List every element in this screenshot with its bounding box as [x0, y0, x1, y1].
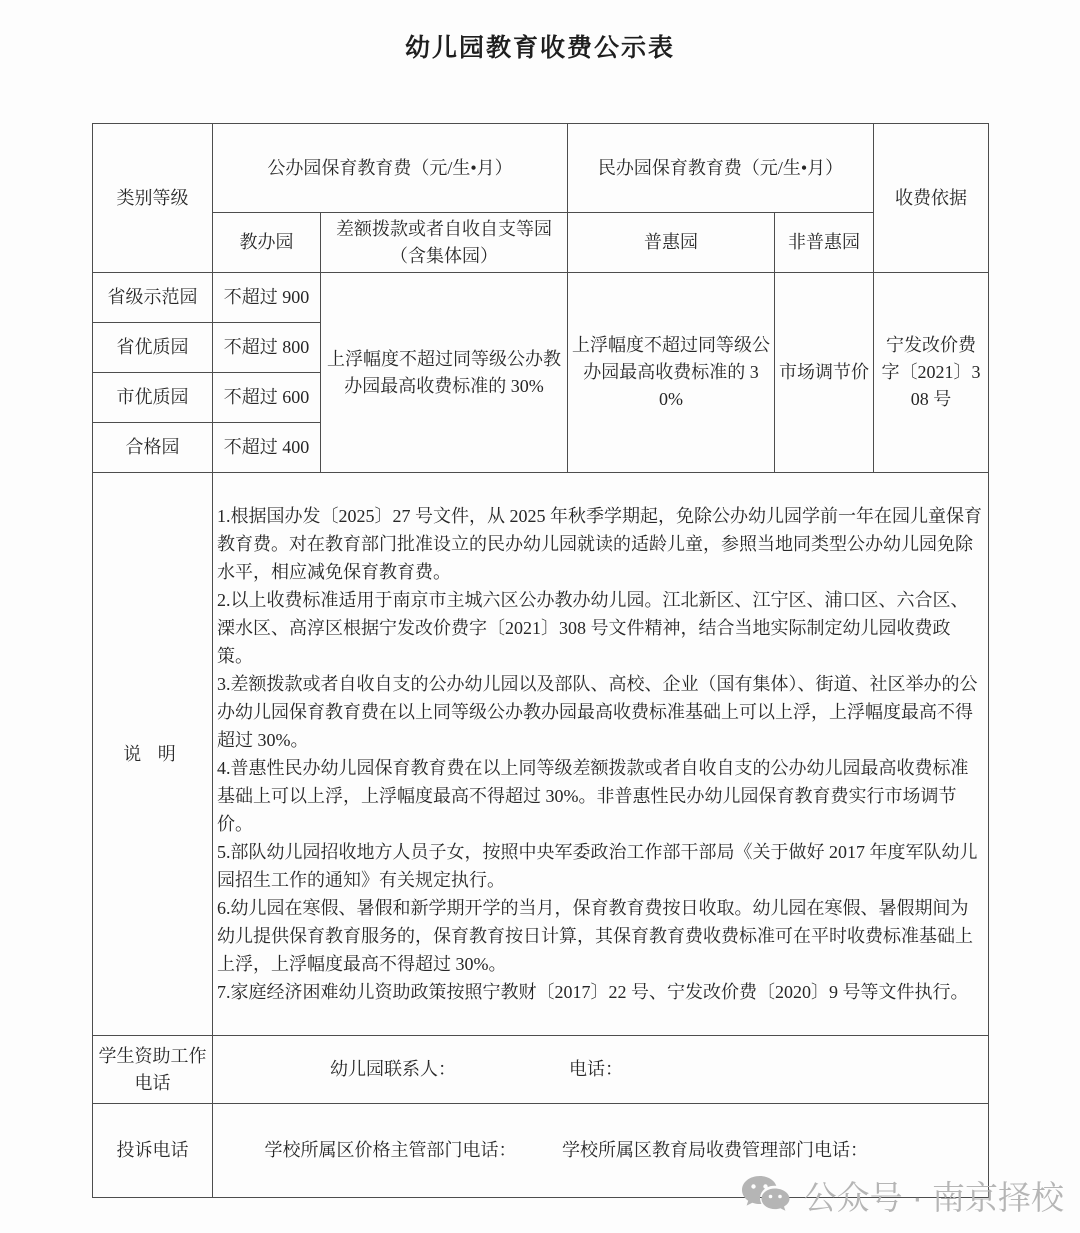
header-row-1: 类别等级 公办园保育教育费（元/生•月） 民办园保育教育费（元/生•月） 收费依…	[93, 124, 989, 213]
note-item-5: 5.部队幼儿园招收地方人员子女，按照中央军委政治工作部干部局《关于做好 2017…	[217, 838, 984, 894]
header-public-sub-1: 教办园	[213, 213, 321, 273]
document-page: 幼儿园教育收费公示表 类别等级 公办园保育教育费（元/生•月） 民办园保育教育费…	[0, 0, 1080, 1233]
fee-publicity-table: 类别等级 公办园保育教育费（元/生•月） 民办园保育教育费（元/生•月） 收费依…	[92, 123, 989, 1198]
complaint-label: 投诉电话	[93, 1104, 213, 1198]
private-inclusive-note-cell: 上浮幅度不超过同等级公办园最高收费标准的 30%	[568, 273, 775, 473]
private-noninclusive-note-cell: 市场调节价	[775, 273, 874, 473]
header-fee-basis: 收费依据	[874, 124, 989, 273]
kindergarten-contact-label: 幼儿园联系人：	[217, 1056, 569, 1083]
header-private-sub-1: 普惠园	[568, 213, 775, 273]
fee-cell: 不超过 600	[213, 373, 321, 423]
edu-dept-phone-label: 学校所属区教育局收费管理部门电话：	[562, 1137, 984, 1164]
fee-cell: 不超过 400	[213, 423, 321, 473]
table-row: 省级示范园 不超过 900 上浮幅度不超过同等级公办教办园最高收费标准的 30%…	[93, 273, 989, 323]
notes-block: 1.根据国办发〔2025〕27 号文件，从 2025 年秋季学期起，免除公办幼儿…	[217, 502, 984, 1006]
public-other-note-cell: 上浮幅度不超过同等级公办教办园最高收费标准的 30%	[321, 273, 568, 473]
note-item-6: 6.幼儿园在寒假、暑假和新学期开学的当月，保育教育费按日收取。幼儿园在寒假、暑假…	[217, 894, 984, 978]
header-private-sub-2: 非普惠园	[775, 213, 874, 273]
note-item-4: 4.普惠性民办幼儿园保育教育费在以上同等级差额拨款或者自收自支的公办幼儿园最高收…	[217, 754, 984, 838]
fee-basis-value-cell: 宁发改价费字〔2021〕308 号	[874, 273, 989, 473]
student-aid-content: 幼儿园联系人： 电话：	[213, 1036, 989, 1104]
page-title: 幼儿园教育收费公示表	[0, 0, 1080, 64]
notes-row: 说 明 1.根据国办发〔2025〕27 号文件，从 2025 年秋季学期起，免除…	[93, 473, 989, 1036]
note-item-7: 7.家庭经济困难幼儿资助政策按照宁教财〔2017〕22 号、宁发改价费〔2020…	[217, 978, 984, 1006]
complaint-row: 投诉电话 学校所属区价格主管部门电话： 学校所属区教育局收费管理部门电话：	[93, 1104, 989, 1198]
header-public-group: 公办园保育教育费（元/生•月）	[213, 124, 568, 213]
complaint-content: 学校所属区价格主管部门电话： 学校所属区教育局收费管理部门电话：	[213, 1104, 989, 1198]
note-item-3: 3.差额拨款或者自收自支的公办幼儿园以及部队、高校、企业（国有集体）、街道、社区…	[217, 670, 984, 754]
header-row-2: 教办园 差额拨款或者自收自支等园（含集体园） 普惠园 非普惠园	[93, 213, 989, 273]
level-cell: 市优质园	[93, 373, 213, 423]
fee-cell: 不超过 800	[213, 323, 321, 373]
student-aid-row: 学生资助工作电话 幼儿园联系人： 电话：	[93, 1036, 989, 1104]
price-dept-phone-label: 学校所属区价格主管部门电话：	[217, 1137, 562, 1164]
note-item-2: 2.以上收费标准适用于南京市主城六区公办教办幼儿园。江北新区、江宁区、浦口区、六…	[217, 586, 984, 670]
header-public-sub-2: 差额拨款或者自收自支等园（含集体园）	[321, 213, 568, 273]
level-cell: 省优质园	[93, 323, 213, 373]
phone-label: 电话：	[569, 1056, 984, 1083]
level-cell: 合格园	[93, 423, 213, 473]
note-item-1: 1.根据国办发〔2025〕27 号文件，从 2025 年秋季学期起，免除公办幼儿…	[217, 502, 984, 586]
header-category: 类别等级	[93, 124, 213, 273]
level-cell: 省级示范园	[93, 273, 213, 323]
notes-cell: 1.根据国办发〔2025〕27 号文件，从 2025 年秋季学期起，免除公办幼儿…	[213, 473, 989, 1036]
student-aid-label: 学生资助工作电话	[93, 1036, 213, 1104]
header-private-group: 民办园保育教育费（元/生•月）	[568, 124, 874, 213]
notes-label: 说 明	[93, 473, 213, 1036]
fee-cell: 不超过 900	[213, 273, 321, 323]
